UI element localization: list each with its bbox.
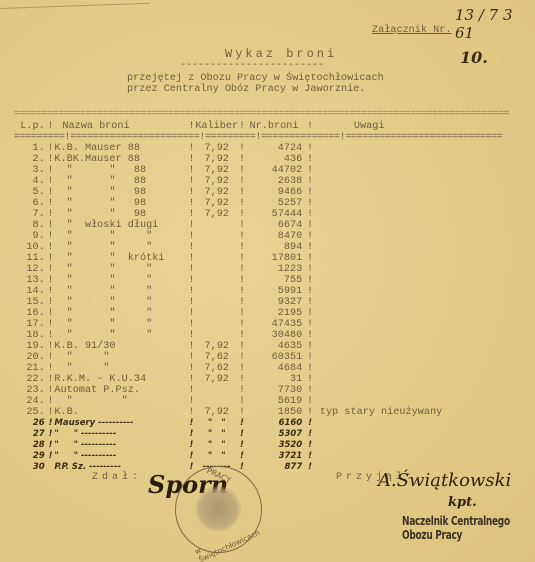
header-number: Nr.broni	[246, 121, 306, 132]
column-divider: !	[238, 308, 246, 319]
row-lp: 1.	[14, 143, 47, 154]
table-row: 11.! " " krótki!!17801!	[14, 253, 535, 264]
row-notes	[314, 330, 535, 341]
column-divider: !	[47, 209, 55, 220]
row-notes	[314, 429, 535, 440]
column-divider: !	[188, 385, 196, 396]
column-divider: !	[188, 429, 196, 440]
column-divider: !	[47, 429, 55, 440]
row-lp: 25.	[14, 407, 47, 418]
column-divider: !	[47, 440, 55, 451]
column-divider: !	[47, 121, 55, 132]
column-divider: !	[306, 297, 314, 308]
row-caliber: 7,62	[195, 363, 238, 374]
column-divider: !	[238, 187, 246, 198]
stamp-top-text: PRACY	[205, 466, 232, 485]
row-caliber	[195, 286, 238, 297]
handwritten-row: 26!Mausery ----------!" "!6160!	[14, 418, 535, 429]
header-name: Nazwa broni	[54, 121, 187, 132]
row-lp: 5.	[14, 187, 47, 198]
column-divider: !	[306, 352, 314, 363]
table-row: 6.! " " 98!7,92!5257!	[14, 198, 535, 209]
row-lp: 16.	[14, 308, 47, 319]
row-notes	[314, 385, 535, 396]
page-title: Wykaz broni	[225, 47, 337, 61]
row-number: 2638	[246, 176, 306, 187]
column-divider: !	[306, 374, 314, 385]
column-divider: !	[47, 253, 55, 264]
row-number: 4684	[246, 363, 306, 374]
column-divider: !	[238, 242, 246, 253]
column-divider: !	[47, 187, 55, 198]
column-divider: !	[306, 198, 314, 209]
row-number: 17801	[246, 253, 306, 264]
row-number: 877	[246, 462, 306, 473]
table-row: 12.! " " "!!1223!	[14, 264, 535, 275]
row-name: " " "	[54, 308, 187, 319]
row-caliber	[195, 231, 238, 242]
row-name: K.B. 91/30	[54, 341, 187, 352]
table-row: 23.!Automat P.Psz.!!7730!	[14, 385, 535, 396]
row-number: 436	[246, 154, 306, 165]
row-number: 1223	[246, 264, 306, 275]
row-caliber: 7,62	[195, 352, 238, 363]
row-number: 9327	[246, 297, 306, 308]
column-divider: !	[306, 275, 314, 286]
row-caliber	[195, 396, 238, 407]
column-divider: !	[238, 374, 246, 385]
row-notes	[314, 341, 535, 352]
row-notes: typ stary nieużywany	[314, 407, 535, 418]
row-caliber: 7,92	[195, 407, 238, 418]
row-lp: 30	[14, 462, 47, 473]
row-notes	[314, 220, 535, 231]
corner-handwritten-note: 10.	[460, 48, 488, 67]
row-caliber	[195, 319, 238, 330]
row-lp: 8.	[14, 220, 47, 231]
attachment-label: Załącznik Nr.	[372, 25, 451, 36]
column-divider: !	[47, 286, 55, 297]
row-lp: 4.	[14, 176, 47, 187]
row-caliber: 7,92	[195, 165, 238, 176]
handwritten-row: 29!" " ----------!" "!3721!	[14, 451, 535, 462]
row-notes	[314, 231, 535, 242]
column-divider: !	[188, 407, 196, 418]
column-divider: !	[306, 429, 314, 440]
column-divider: !	[238, 385, 246, 396]
row-notes	[314, 451, 535, 462]
row-caliber: " "	[195, 440, 238, 451]
column-divider: !	[47, 396, 55, 407]
handwritten-row: 27!" " ----------!" "!5307!	[14, 429, 535, 440]
row-number: 31	[246, 374, 306, 385]
row-number: 1850	[246, 407, 306, 418]
column-divider: !	[238, 407, 246, 418]
row-name: " " "	[54, 297, 187, 308]
row-caliber	[195, 330, 238, 341]
column-divider: !	[188, 209, 196, 220]
table-row: 21.! " "!7,62!4684!	[14, 363, 535, 374]
column-divider: !	[306, 154, 314, 165]
column-divider: !	[47, 176, 55, 187]
row-lp: 29	[14, 451, 47, 462]
column-divider: !	[238, 319, 246, 330]
column-divider: !	[47, 363, 55, 374]
row-lp: 28	[14, 440, 47, 451]
column-divider: !	[238, 363, 246, 374]
column-divider: !	[238, 220, 246, 231]
table-row: 2.!K.BK.Mauser 88!7,92!436!	[14, 154, 535, 165]
column-divider: !	[306, 451, 314, 462]
row-caliber: 7,92	[195, 198, 238, 209]
row-number: 5307	[246, 429, 306, 440]
row-lp: 14.	[14, 286, 47, 297]
row-number: 6160	[246, 418, 306, 429]
row-number: 4724	[246, 143, 306, 154]
row-notes	[314, 319, 535, 330]
table-row: 14.! " " "!!5991!	[14, 286, 535, 297]
column-divider: !	[238, 275, 246, 286]
column-divider: !	[238, 198, 246, 209]
table-row: 7.! " " 98!7,92!57444!	[14, 209, 535, 220]
row-notes	[314, 297, 535, 308]
table-row: 18.! " " "!!30480!	[14, 330, 535, 341]
column-divider: !	[188, 176, 196, 187]
row-name: " " "	[54, 242, 187, 253]
row-lp: 3.	[14, 165, 47, 176]
row-caliber: " "	[195, 451, 238, 462]
column-divider: !	[188, 264, 196, 275]
table-row: 9.! " " "!!8470!	[14, 231, 535, 242]
row-name: " " ----------	[54, 429, 187, 440]
table-row: 10.! " " "!!894!	[14, 242, 535, 253]
column-divider: !	[306, 220, 314, 231]
column-divider: !	[306, 396, 314, 407]
column-divider: !	[238, 286, 246, 297]
row-number: 894	[246, 242, 306, 253]
column-divider: !	[188, 187, 196, 198]
column-divider: !	[188, 451, 196, 462]
row-name: " włoski długi	[54, 220, 187, 231]
row-notes	[314, 165, 535, 176]
table-row: 3.! " " 88!7,92!44702!	[14, 165, 535, 176]
row-notes	[314, 253, 535, 264]
row-lp: 19.	[14, 341, 47, 352]
row-number: 44702	[246, 165, 306, 176]
row-notes	[314, 352, 535, 363]
column-divider: !	[238, 297, 246, 308]
column-divider: !	[238, 121, 246, 132]
row-caliber	[195, 242, 238, 253]
row-notes	[314, 264, 535, 275]
row-number: 47435	[246, 319, 306, 330]
column-divider: !	[47, 297, 55, 308]
row-caliber: 7,92	[195, 154, 238, 165]
row-name: Automat P.Psz.	[54, 385, 187, 396]
column-divider: !	[306, 385, 314, 396]
column-divider	[47, 462, 55, 473]
row-name: K.B.	[54, 407, 187, 418]
row-name: " " "	[54, 264, 187, 275]
column-divider: !	[188, 253, 196, 264]
handwritten-row: 28!" " ----------!" "!3520!	[14, 440, 535, 451]
row-notes	[314, 143, 535, 154]
column-divider: !	[238, 154, 246, 165]
row-name: " " "	[54, 286, 187, 297]
row-lp: 15.	[14, 297, 47, 308]
row-number: 60351	[246, 352, 306, 363]
attachment-number-handwritten: 13 / 7 3 61	[455, 6, 535, 42]
column-divider: !	[306, 242, 314, 253]
column-divider: !	[306, 440, 314, 451]
column-divider: !	[188, 286, 196, 297]
table-row: 19.!K.B. 91/30!7,92!4635!	[14, 341, 535, 352]
row-caliber: " "	[195, 418, 238, 429]
row-lp: 27	[14, 429, 47, 440]
column-divider: !	[306, 165, 314, 176]
column-divider: !	[238, 440, 246, 451]
column-divider: !	[188, 418, 196, 429]
column-divider: !	[306, 330, 314, 341]
row-notes	[314, 308, 535, 319]
column-divider: !	[306, 363, 314, 374]
row-name: Mausery ----------	[54, 418, 187, 429]
column-divider: !	[238, 209, 246, 220]
row-caliber: " "	[195, 429, 238, 440]
row-caliber: 7,92	[195, 341, 238, 352]
row-lp: 24.	[14, 396, 47, 407]
row-caliber: 7,92	[195, 374, 238, 385]
column-divider: !	[47, 231, 55, 242]
row-lp: 7.	[14, 209, 47, 220]
row-name: " "	[54, 352, 187, 363]
column-divider: !	[238, 143, 246, 154]
row-caliber: 7,92	[195, 176, 238, 187]
header-rule: =========!=======================!======…	[14, 132, 535, 143]
row-caliber	[195, 253, 238, 264]
table-row: 15.! " " "!!9327!	[14, 297, 535, 308]
row-number: 755	[246, 275, 306, 286]
column-divider: !	[306, 407, 314, 418]
row-caliber	[195, 385, 238, 396]
row-notes	[314, 209, 535, 220]
column-divider: !	[47, 198, 55, 209]
row-lp: 23.	[14, 385, 47, 396]
column-divider: !	[47, 374, 55, 385]
row-lp: 11.	[14, 253, 47, 264]
row-name: " " ----------	[54, 440, 187, 451]
row-name: " " 98	[54, 209, 187, 220]
header-caliber: Kaliber	[195, 121, 238, 132]
weapons-table: L.p. ! Nazwa broni ! Kaliber ! Nr.broni …	[14, 121, 535, 473]
column-divider: !	[306, 209, 314, 220]
row-notes	[314, 154, 535, 165]
column-divider: !	[188, 220, 196, 231]
round-stamp: PRACY w Świętochłowicach	[175, 466, 262, 553]
column-divider: !	[238, 330, 246, 341]
row-number: 5619	[246, 396, 306, 407]
row-name: " "	[54, 363, 187, 374]
column-divider: !	[306, 253, 314, 264]
column-divider: !	[188, 330, 196, 341]
column-divider: !	[238, 396, 246, 407]
column-divider: !	[238, 231, 246, 242]
handed-over-label: Zdał:	[92, 472, 142, 483]
column-divider: !	[188, 198, 196, 209]
row-lp: 9.	[14, 231, 47, 242]
row-notes	[314, 198, 535, 209]
column-divider: !	[47, 330, 55, 341]
row-lp: 13.	[14, 275, 47, 286]
row-lp: 26	[14, 418, 47, 429]
row-notes	[314, 176, 535, 187]
column-divider: !	[238, 451, 246, 462]
row-caliber: 7,92	[195, 187, 238, 198]
row-name: " "	[54, 396, 187, 407]
row-lp: 22.	[14, 374, 47, 385]
column-divider: !	[238, 429, 246, 440]
row-caliber: 7,92	[195, 143, 238, 154]
column-divider: !	[188, 308, 196, 319]
row-notes	[314, 187, 535, 198]
row-name: " " 98	[54, 187, 187, 198]
table-row: 16.! " " "!!2195!	[14, 308, 535, 319]
row-number: 5257	[246, 198, 306, 209]
signature-right-rank: kpt.	[448, 495, 477, 510]
column-divider: !	[306, 231, 314, 242]
column-divider: !	[306, 462, 314, 473]
row-name: " " 88	[54, 165, 187, 176]
row-number: 3721	[246, 451, 306, 462]
column-divider: !	[47, 143, 55, 154]
row-lp: 2.	[14, 154, 47, 165]
table-row: 17.! " " "!!47435!	[14, 319, 535, 330]
row-notes	[314, 374, 535, 385]
row-lp: 10.	[14, 242, 47, 253]
column-divider: !	[188, 165, 196, 176]
column-divider: !	[306, 319, 314, 330]
row-lp: 21.	[14, 363, 47, 374]
row-notes	[314, 418, 535, 429]
column-divider: !	[238, 264, 246, 275]
column-divider: !	[188, 396, 196, 407]
row-notes	[314, 396, 535, 407]
column-divider: !	[47, 418, 55, 429]
row-notes	[314, 363, 535, 374]
row-number: 9466	[246, 187, 306, 198]
table-header-row: L.p. ! Nazwa broni ! Kaliber ! Nr.broni …	[14, 121, 535, 132]
column-divider: !	[47, 352, 55, 363]
column-divider: !	[188, 352, 196, 363]
column-divider: !	[188, 154, 196, 165]
row-number: 6674	[246, 220, 306, 231]
column-divider: !	[47, 407, 55, 418]
row-name: " " 88	[54, 176, 187, 187]
row-name: " " 98	[54, 198, 187, 209]
column-divider: !	[306, 418, 314, 429]
table-row: 13.! " " "!!755!	[14, 275, 535, 286]
subtitle-line-1: przejętej z Obozu Pracy w Świętochłowica…	[127, 73, 384, 84]
row-name: K.B. Mauser 88	[54, 143, 187, 154]
row-number: 30480	[246, 330, 306, 341]
column-divider: !	[188, 341, 196, 352]
row-caliber	[195, 275, 238, 286]
row-lp: 17.	[14, 319, 47, 330]
row-lp: 6.	[14, 198, 47, 209]
paper-fold-line	[0, 3, 150, 9]
table-row: 25.!K.B.!7,92!1850!typ stary nieużywany	[14, 407, 535, 418]
row-number: 3520	[246, 440, 306, 451]
row-lp: 18.	[14, 330, 47, 341]
row-number: 7730	[246, 385, 306, 396]
header-lp: L.p.	[14, 121, 47, 132]
title-underline: ------------------------	[180, 60, 330, 71]
column-divider: !	[47, 264, 55, 275]
column-divider: !	[47, 242, 55, 253]
row-notes	[314, 286, 535, 297]
table-top-rule: ========================================…	[14, 109, 509, 120]
column-divider: !	[188, 363, 196, 374]
column-divider: !	[238, 253, 246, 264]
row-notes	[314, 440, 535, 451]
column-divider: !	[306, 308, 314, 319]
column-divider: !	[306, 187, 314, 198]
row-name: " " "	[54, 275, 187, 286]
row-number: 8470	[246, 231, 306, 242]
table-row: 24.! " "!!5619!	[14, 396, 535, 407]
column-divider: !	[47, 385, 55, 396]
column-divider: !	[188, 297, 196, 308]
column-divider: !	[188, 143, 196, 154]
column-divider: !	[238, 165, 246, 176]
row-number: 4635	[246, 341, 306, 352]
row-notes	[314, 242, 535, 253]
column-divider: !	[188, 275, 196, 286]
table-row: 4.! " " 88!7,92!2638!	[14, 176, 535, 187]
row-name: " " "	[54, 330, 187, 341]
table-row: 5.! " " 98!7,92!9466!	[14, 187, 535, 198]
column-divider: !	[188, 231, 196, 242]
column-divider: !	[238, 176, 246, 187]
column-divider: !	[47, 165, 55, 176]
row-caliber: 7,92	[195, 209, 238, 220]
column-divider: !	[47, 220, 55, 231]
row-caliber	[195, 264, 238, 275]
column-divider: !	[188, 242, 196, 253]
column-divider: !	[238, 352, 246, 363]
column-divider: !	[47, 319, 55, 330]
column-divider: !	[47, 341, 55, 352]
column-divider: !	[188, 319, 196, 330]
column-divider: !	[306, 286, 314, 297]
table-row: 8.! " włoski długi!!6674!	[14, 220, 535, 231]
column-divider: !	[306, 264, 314, 275]
row-name: R.K.M. - K.U.34	[54, 374, 187, 385]
column-divider: !	[188, 121, 196, 132]
table-row: 20.! " "!7,62!60351!	[14, 352, 535, 363]
column-divider: !	[238, 418, 246, 429]
official-title-stamp: Naczelnik Centralnego Obozu Pracy	[402, 515, 535, 543]
row-number: 57444	[246, 209, 306, 220]
signature-right: A.Świątkowski	[378, 470, 511, 491]
column-divider: !	[306, 121, 314, 132]
row-number: 5991	[246, 286, 306, 297]
row-name: " " krótki	[54, 253, 187, 264]
row-caliber	[195, 220, 238, 231]
row-number: 2195	[246, 308, 306, 319]
row-name: " " ----------	[54, 451, 187, 462]
table-row: 1.!K.B. Mauser 88!7,92!4724!	[14, 143, 535, 154]
